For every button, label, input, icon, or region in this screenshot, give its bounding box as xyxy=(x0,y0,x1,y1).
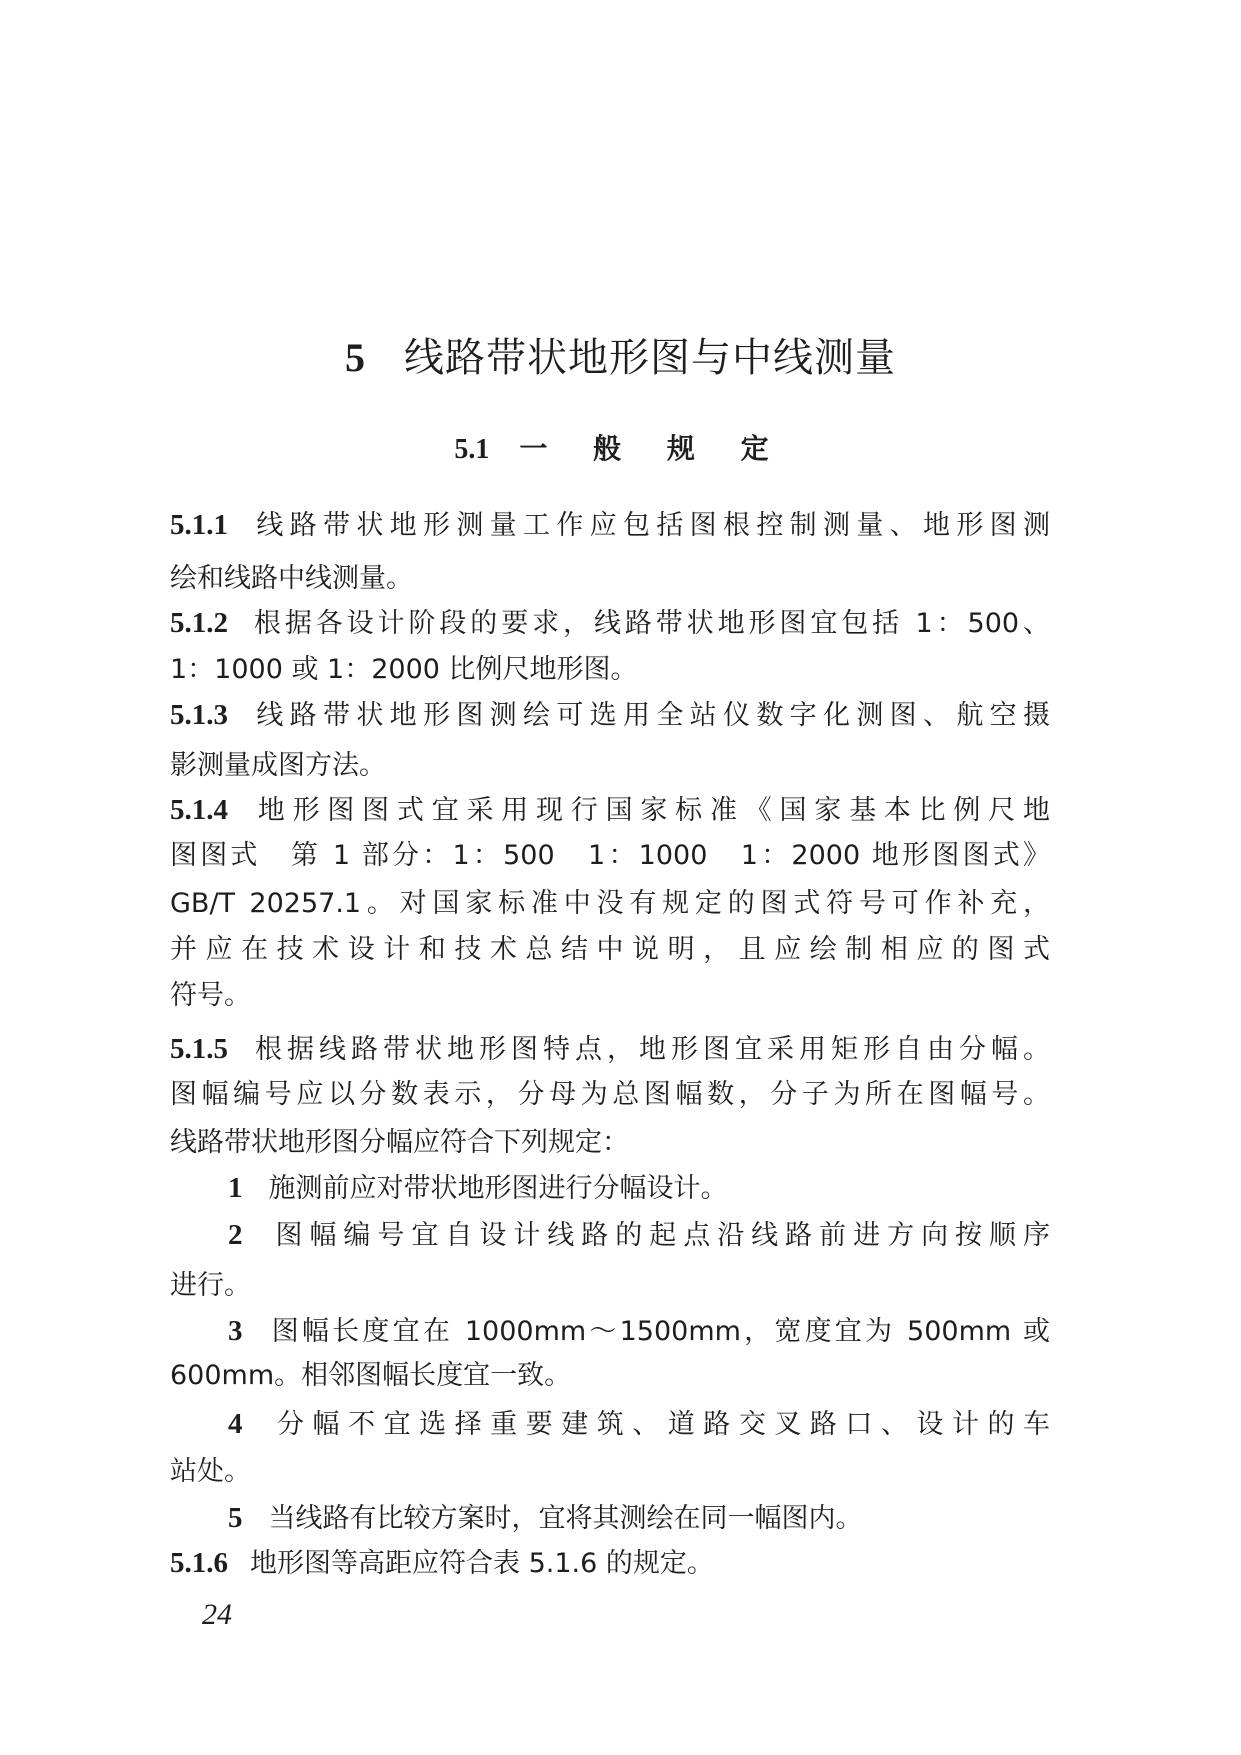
line-text: 根据各设计阶段的要求，线路带状地形图宜包括 1：500、 xyxy=(250,608,1050,639)
list-item: 4分幅不宜选择重要建筑、道路交叉路口、设计的车 xyxy=(228,1407,1050,1442)
line-text: 绘和线路中线测量。 xyxy=(170,563,413,594)
line-text: 线路带状地形图测绘可选用全站仪数字化测图、航空摄 xyxy=(250,700,1050,731)
list-item: 3图幅长度宜在 1000mm～1500mm，宽度宜为 500mm 或 xyxy=(228,1314,1050,1349)
clause-line: 5.1.6地形图等高距应符合表 5.1.6 的规定。 xyxy=(170,1546,1050,1581)
item-number: 3 xyxy=(228,1315,243,1347)
line-text: 并应在技术设计和技术总结中说明，且应绘制相应的图式 xyxy=(170,934,1050,965)
section-title: 5.1一 般 规 定 xyxy=(0,431,1241,468)
line-text: 线路带状地形图分幅应符合下列规定： xyxy=(170,1127,629,1158)
line-text: 图幅编号应以分数表示，分母为总图幅数，分子为所在图幅号。 xyxy=(170,1079,1050,1110)
list-item: 1施测前应对带状地形图进行分幅设计。 xyxy=(228,1171,1050,1206)
line-text: 线路带状地形测量工作应包括图根控制测量、地形图测 xyxy=(250,510,1050,541)
document-page: 5线路带状地形图与中线测量 5.1一 般 规 定 5.1.1线路带状地形测量工作… xyxy=(0,0,1241,1755)
line-text: 分幅不宜选择重要建筑、道路交叉路口、设计的车 xyxy=(269,1409,1051,1440)
clause-line: 5.1.5根据线路带状地形图特点，地形图宜采用矩形自由分幅。 xyxy=(170,1032,1050,1067)
text-line: 线路带状地形图分幅应符合下列规定： xyxy=(170,1126,1050,1160)
line-text: 图幅长度宜在 1000mm～1500mm，宽度宜为 500mm 或 xyxy=(269,1316,1051,1347)
item-number: 4 xyxy=(228,1408,243,1440)
line-text: 地形图图式宜采用现行国家标准《国家基本比例尺地 xyxy=(250,795,1050,826)
line-text: 图图式 第 1 部分：1：500 1：1000 1：2000 地形图图式》 xyxy=(170,840,1050,871)
item-number: 5 xyxy=(228,1502,243,1534)
line-text: 符号。 xyxy=(170,980,251,1011)
text-line: 图图式 第 1 部分：1：500 1：1000 1：2000 地形图图式》 xyxy=(170,839,1050,873)
item-number: 1 xyxy=(228,1172,243,1204)
text-line: 符号。 xyxy=(170,979,1050,1013)
text-line: 绘和线路中线测量。 xyxy=(170,562,1050,596)
text-line: 图幅编号应以分数表示，分母为总图幅数，分子为所在图幅号。 xyxy=(170,1078,1050,1112)
line-text: 影测量成图方法。 xyxy=(170,750,386,781)
clause-number: 5.1.2 xyxy=(170,607,228,639)
clause-number: 5.1.4 xyxy=(170,794,228,826)
text-line: 1：1000 或 1：2000 比例尺地形图。 xyxy=(170,653,1050,687)
section-title-text: 一 般 规 定 xyxy=(519,432,786,465)
line-text: 进行。 xyxy=(170,1270,251,1301)
list-item: 5当线路有比较方案时，宜将其测绘在同一幅图内。 xyxy=(228,1501,1050,1536)
clause-line: 5.1.3线路带状地形图测绘可选用全站仪数字化测图、航空摄 xyxy=(170,698,1050,733)
item-number: 2 xyxy=(228,1219,243,1251)
text-line: 600mm。相邻图幅长度宜一致。 xyxy=(170,1359,1050,1393)
clause-number: 5.1.5 xyxy=(170,1033,228,1065)
line-text: 当线路有比较方案时，宜将其测绘在同一幅图内。 xyxy=(269,1503,863,1534)
chapter-title: 5线路带状地形图与中线测量 xyxy=(0,334,1241,382)
line-text: GB/T 20257.1。对国家标准中没有规定的图式符号可作补充， xyxy=(170,888,1050,919)
line-text: 地形图等高距应符合表 5.1.6 的规定。 xyxy=(250,1548,714,1579)
clause-line: 5.1.4地形图图式宜采用现行国家标准《国家基本比例尺地 xyxy=(170,793,1050,828)
page-number: 24 xyxy=(202,1598,232,1632)
text-line: 站处。 xyxy=(170,1455,1050,1489)
list-item: 2图幅编号宜自设计线路的起点沿线路前进方向按顺序 xyxy=(228,1218,1050,1253)
clause-number: 5.1.1 xyxy=(170,509,228,541)
text-line: 进行。 xyxy=(170,1269,1050,1303)
clause-number: 5.1.6 xyxy=(170,1547,228,1579)
line-text: 1：1000 或 1：2000 比例尺地形图。 xyxy=(170,654,638,685)
clause-number: 5.1.3 xyxy=(170,699,228,731)
line-text: 施测前应对带状地形图进行分幅设计。 xyxy=(269,1173,728,1204)
line-text: 站处。 xyxy=(170,1456,251,1487)
chapter-number: 5 xyxy=(345,335,366,380)
clause-line: 5.1.2根据各设计阶段的要求，线路带状地形图宜包括 1：500、 xyxy=(170,606,1050,641)
line-text: 根据线路带状地形图特点，地形图宜采用矩形自由分幅。 xyxy=(250,1034,1050,1065)
clause-line: 5.1.1线路带状地形测量工作应包括图根控制测量、地形图测 xyxy=(170,508,1050,543)
chapter-title-text: 线路带状地形图与中线测量 xyxy=(404,335,896,381)
text-line: 并应在技术设计和技术总结中说明，且应绘制相应的图式 xyxy=(170,933,1050,967)
line-text: 图幅编号宜自设计线路的起点沿线路前进方向按顺序 xyxy=(269,1220,1051,1251)
section-number: 5.1 xyxy=(454,434,489,465)
text-line: GB/T 20257.1。对国家标准中没有规定的图式符号可作补充， xyxy=(170,887,1050,921)
line-text: 600mm。相邻图幅长度宜一致。 xyxy=(170,1360,571,1391)
text-line: 影测量成图方法。 xyxy=(170,749,1050,783)
